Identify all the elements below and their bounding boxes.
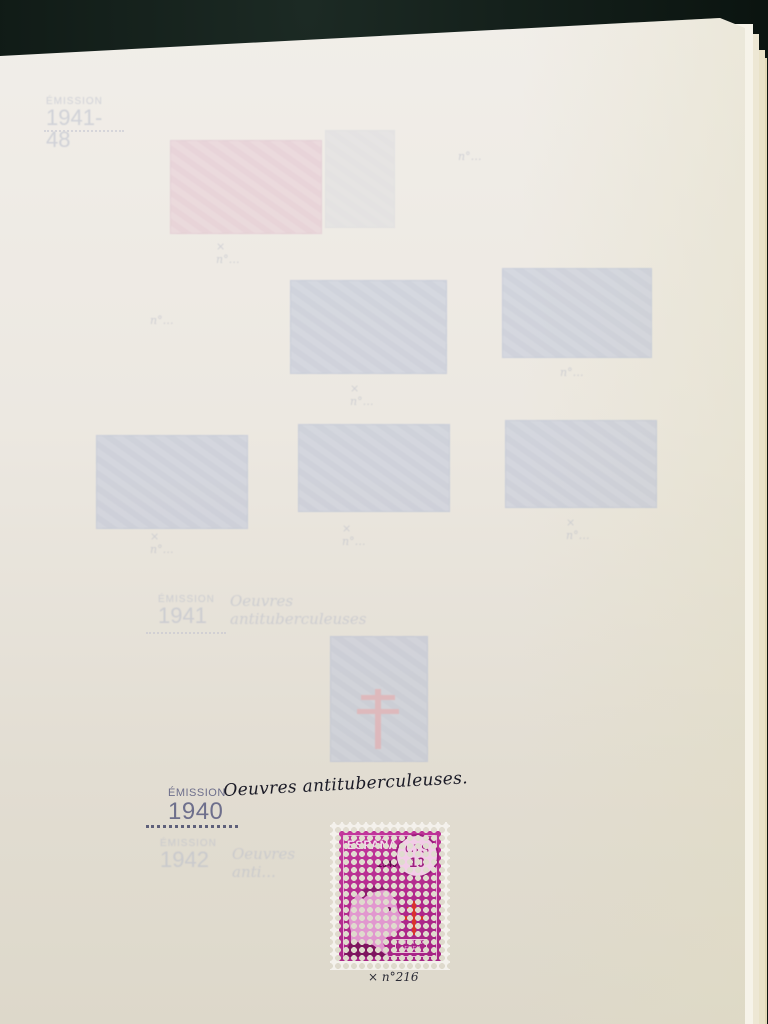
ghost-emission-year: 1942 — [160, 849, 217, 871]
catalog-number-caption: × n°216 — [368, 970, 419, 984]
airmail-line-2: AEREO — [398, 946, 424, 952]
ghost-stamp — [325, 130, 395, 228]
ghost-caption: n°… — [560, 366, 584, 379]
ghost-dots — [146, 632, 226, 634]
ghost-emission-year: 1941-48 — [46, 107, 103, 151]
postage-stamp: ESPAÑA 1940 CTS 10 CORREO AEREO — [330, 822, 450, 970]
ghost-caption: × n°… — [342, 522, 366, 548]
emission-stamp-mark: ÉMISSION 1940 — [168, 787, 226, 824]
ghost-dots — [44, 130, 124, 132]
ghost-stamp — [502, 268, 652, 358]
ghost-emission-1941-48: ÉMISSION 1941-48 — [46, 96, 103, 151]
ghost-caption: n°… — [150, 314, 174, 327]
lorraine-cross-icon — [403, 901, 425, 935]
ghost-stamp — [505, 420, 657, 508]
stamp-year: 1940 — [377, 859, 397, 869]
ghost-caption: × n°… — [350, 382, 374, 408]
ghost-stamp-antituberculosis — [330, 636, 428, 762]
stamp-value-circle: CTS 10 — [395, 834, 439, 878]
dotted-underline — [146, 825, 238, 828]
ghost-stamp — [170, 140, 322, 234]
ghost-emission-year: 1941 — [158, 605, 215, 627]
ghost-section-title: Oeuvres antituberculeuses — [230, 592, 366, 628]
ghost-caption: × n°… — [216, 240, 240, 266]
ghost-stamp — [290, 280, 447, 374]
ghost-stamp — [96, 435, 248, 529]
ghost-caption: n°… — [458, 150, 482, 163]
ghost-caption: × n°… — [566, 516, 590, 542]
ghost-emission-1942: ÉMISSION 1942 — [160, 838, 217, 871]
stamp-design: ESPAÑA 1940 CTS 10 CORREO AEREO — [339, 831, 441, 961]
ghost-caption: × n°… — [150, 530, 174, 556]
stamp-country: ESPAÑA — [347, 838, 397, 852]
stamp-value: 10 — [409, 856, 425, 869]
ghost-section-title: Oeuvres anti... — [232, 845, 295, 881]
ghost-lorraine-cross-icon — [331, 637, 427, 761]
ghost-emission-1941: ÉMISSION 1941 — [158, 594, 215, 627]
ghost-stamp — [298, 424, 450, 512]
emission-year: 1940 — [168, 800, 226, 824]
airmail-inscription: CORREO AEREO — [395, 939, 427, 953]
